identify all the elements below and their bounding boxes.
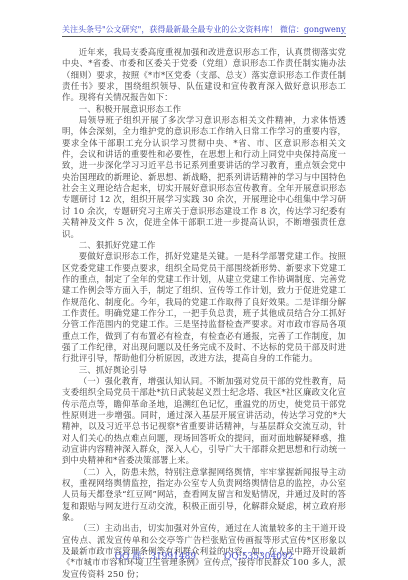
intro-paragraph: 近年来，我局支委高度重视加强和改进意识形态工作，认真贯彻落实党中央、*省委、市委… <box>62 47 346 104</box>
section-heading-1: 一、积极开展意识形态工作 <box>62 104 346 115</box>
document-body: 近年来，我局支委高度重视加强和改进意识形态工作，认真贯彻落实党中央、*省委、市委… <box>62 47 346 580</box>
section-3-paragraph-2: （二）入，防患未然，特别注意掌握网络舆情，牢牢掌握新闻报导主动权，重视网络舆情监… <box>62 467 346 524</box>
section-1-paragraph: 局领导班子组织开展了多次学习意识形态相关文件精神，力求体悟透明，体会深刻，全力维… <box>62 115 346 240</box>
qq-group-text: QQ 群：31991489 <box>115 549 196 562</box>
section-2-paragraph: 要做好意识形态工作，抓好党建是关键。一是科学部署党建工作。按照区党委党建工作要点… <box>62 251 346 364</box>
page-footer: QQ 群：31991489QQ:535304092 <box>0 549 408 562</box>
document-page: 关注头条号"公文研究"，获得最新最全最专业的公文资料库！ 微信：gongweny… <box>0 0 408 580</box>
section-heading-3: 三、抓好舆论引导 <box>62 365 346 376</box>
qq-number-text: QQ:535304092 <box>224 552 293 562</box>
section-heading-2: 二、狠抓好党建工作 <box>62 240 346 251</box>
page-header-banner: 关注头条号"公文研究"，获得最新最全最专业的公文资料库！ 微信：gongweny… <box>62 24 346 37</box>
section-3-paragraph-1: （一）强化教育，增强认知认同。不断加强对党员干部的党性教育，局支委组织全局党员干… <box>62 376 346 467</box>
